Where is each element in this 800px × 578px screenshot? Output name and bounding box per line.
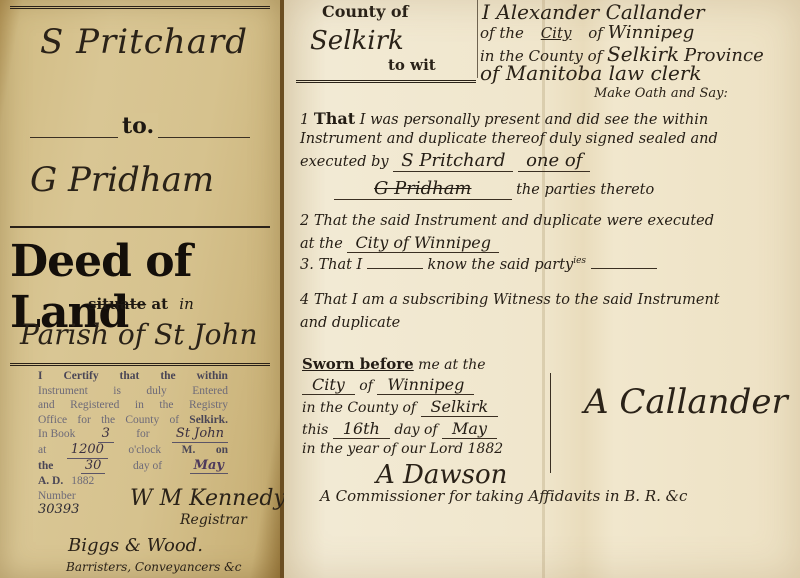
- commissioner-signature: A Dawson: [376, 460, 507, 490]
- para-4-line-2: and duplicate: [300, 315, 400, 331]
- venue-rule: [296, 80, 476, 83]
- stamp-time-line: at 1200 o'clock M. on: [38, 443, 228, 459]
- situate-at: at: [151, 295, 168, 313]
- law-firm-subtitle: Barristers, Conveyancers &c: [66, 560, 242, 574]
- deponent-occupation: of Manitoba law clerk: [480, 61, 702, 85]
- law-firm-name: Biggs & Wood.: [68, 535, 203, 556]
- venue-county: Selkirk: [310, 26, 404, 56]
- jurat-date: this 16th day of May: [302, 419, 497, 438]
- deponent-residence: of the City of Winnipeg: [480, 22, 694, 43]
- registration-time: 1200: [67, 443, 108, 459]
- jurat-divider: [550, 373, 551, 473]
- para-2-line-2: at the City of Winnipeg: [300, 233, 499, 253]
- registrar-title: Registrar: [180, 512, 247, 528]
- top-rule: [10, 6, 270, 9]
- registration-day: 30: [81, 459, 106, 475]
- para-1-line-4: G Pridham the parties thereto: [334, 178, 654, 200]
- situate-line: situate at in: [88, 295, 194, 313]
- grantor-name: S Pritchard: [40, 22, 248, 62]
- para-2-line-1: 2 That the said Instrument and duplicate…: [300, 213, 714, 229]
- jurat-county: in the County of Selkirk: [302, 397, 498, 416]
- stamp-top-rule: [10, 363, 270, 366]
- stamp-book-line: In Book 3 for St John: [38, 427, 228, 443]
- grantee-name: G Pridham: [30, 160, 214, 200]
- to-label: to.: [118, 113, 158, 139]
- affidavit-panel: County of Selkirk to wit I Alexander Cal…: [284, 0, 800, 578]
- book-for: St John: [172, 427, 228, 443]
- party-2-name: G Pridham: [334, 178, 512, 200]
- stamp-line-2: Instrument is duly Entered: [38, 384, 228, 399]
- stamp-line-3: and Registered in the Registry: [38, 398, 228, 413]
- stamp-line-4: Office for the County of Selkirk.: [38, 413, 228, 428]
- title-top-rule: [10, 226, 270, 228]
- deed-cover-panel: S Pritchard to. G Pridham Deed of Land s…: [0, 0, 284, 578]
- county-of-label: County of: [322, 2, 408, 21]
- para-1-line-1: 1 That I was personally present and did …: [300, 109, 708, 128]
- to-wit-label: to wit: [388, 56, 436, 74]
- para-1-line-2: Instrument and duplicate thereof duly si…: [300, 131, 718, 147]
- situate-struck: situate: [88, 295, 146, 313]
- deponent-signature: A Callander: [584, 382, 788, 422]
- make-oath-label: Make Oath and Say:: [594, 86, 728, 101]
- para-1-line-3: executed by S Pritchard one of: [300, 150, 590, 172]
- book-number: 3: [98, 427, 114, 443]
- deed-document: S Pritchard to. G Pridham Deed of Land s…: [0, 0, 800, 578]
- stamp-date-line: the 30 day of May: [38, 459, 228, 475]
- registration-year: 1882: [71, 474, 94, 489]
- registration-month: May: [190, 459, 228, 475]
- party-1-name: S Pritchard: [393, 150, 513, 172]
- jurat-year: in the year of our Lord 1882: [302, 441, 503, 457]
- venue-block: County of Selkirk to wit: [290, 0, 476, 82]
- para-4-line-1: 4 That I am a subscribing Witness to the…: [300, 292, 720, 308]
- situate-in: in: [179, 295, 193, 313]
- registrar-signature: W M Kennedy: [130, 486, 286, 511]
- stamp-line-1: I Certify that the within: [38, 369, 228, 384]
- commissioner-title: A Commissioner for taking Affidavits in …: [320, 487, 687, 505]
- execution-place: City of Winnipeg: [347, 233, 499, 253]
- jurat-sworn: Sworn before me at the: [302, 355, 486, 373]
- deponent-name: I Alexander Callander: [482, 0, 705, 24]
- registration-number: 30393: [38, 503, 79, 518]
- jurat-place: City of Winnipeg: [302, 375, 474, 394]
- para-3: 3. That I know the said partyies: [300, 256, 657, 273]
- location-name: Parish of St John: [20, 318, 258, 351]
- venue-divider: [477, 0, 478, 78]
